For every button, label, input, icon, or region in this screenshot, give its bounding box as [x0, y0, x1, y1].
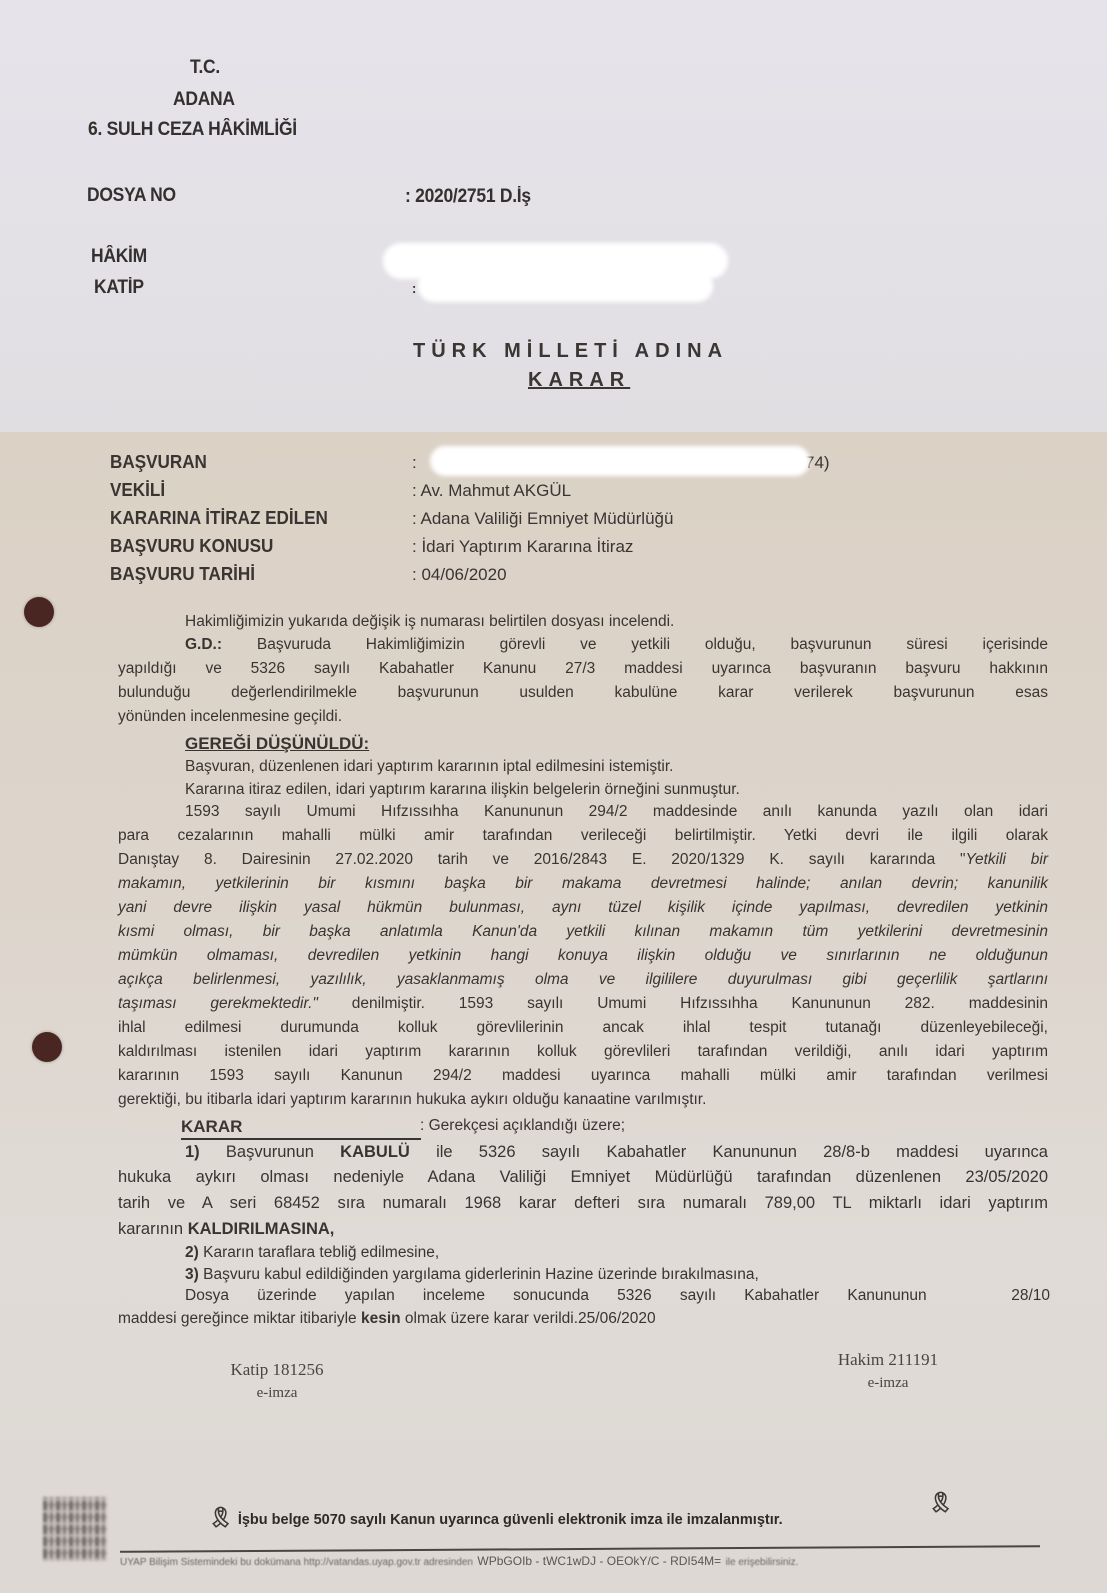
final-text: maddesi gereğince miktar itibariyle — [118, 1310, 357, 1327]
party-value-vekili: : Av. Mahmut AKGÜL — [412, 481, 571, 501]
body-g3-line-7: mümkün olmaması, devredilen yetkinin han… — [118, 945, 1048, 967]
party-value-tarih: : 04/06/2020 — [412, 565, 507, 585]
award-ribbon-icon: 🎗︎ — [928, 1490, 953, 1515]
header-tc: T.C. — [190, 57, 220, 79]
party-label-vekili: VEKİLİ — [110, 480, 165, 501]
title-karar: KARAR — [528, 369, 630, 392]
kaldirilmasina-emphasis: KALDIRILMASINA, — [188, 1220, 335, 1238]
item-number: 3) — [185, 1266, 199, 1283]
final-line-2: maddesi gereğince miktar itibariyle kesi… — [118, 1308, 1048, 1330]
gd-label: G.D.: — [185, 636, 222, 653]
body-g3-line-1: 1593 sayılı Umumi Hıfzıssıhha Kanununun … — [185, 801, 1048, 823]
body-g3-line-12: kararının 1593 sayılı Kanunun 294/2 madd… — [118, 1065, 1048, 1087]
body-g1: Başvuran, düzenlenen idari yaptırım kara… — [185, 756, 1048, 778]
geregi-heading: GEREĞİ DÜŞÜNÜLDÜ: — [185, 733, 1048, 755]
party-label-basvuran: BAŞVURAN — [110, 452, 207, 473]
esign-notice-row: 🎗︎ İşbu belge 5070 sayılı Kanun uyarınca… — [208, 1505, 783, 1530]
body-gd-line-1: G.D.: Başvuruda Hakimliğimizin görevli v… — [185, 634, 1048, 656]
body-gd-line-2: yapıldığı ve 5326 sayılı Kabahatler Kanu… — [118, 658, 1048, 680]
body-g3-line-6: kısmi olması, bir başka anlatımla Kanun'… — [118, 921, 1048, 943]
karar-item-1-line-4: kararının KALDIRILMASINA, — [118, 1218, 1048, 1240]
award-ribbon-icon: 🎗︎ — [208, 1505, 233, 1530]
g3-quote-end: taşıması gerekmektedir." — [118, 995, 318, 1012]
gd-text: Başvuruda Hakimliğimizin görevli ve yetk… — [257, 636, 1048, 653]
dosya-no-label: DOSYA NO — [87, 185, 176, 207]
body-g2: Kararına itiraz edilen, idari yaptırım k… — [185, 779, 1048, 801]
body-g3-line-8: açıkça belirlenmesi, yazılılık, yasaklan… — [118, 969, 1048, 991]
esign-notice: İşbu belge 5070 sayılı Kanun uyarınca gü… — [238, 1512, 783, 1528]
g3-quote-start: Yetkili bir — [966, 851, 1049, 868]
katip-esign: e-imza — [212, 1385, 342, 1402]
header-city: ADANA — [173, 89, 235, 111]
hakim-signature: Hakim 211191 — [818, 1350, 958, 1370]
dosya-no-value: : 2020/2751 D.İş — [405, 186, 531, 208]
hole-punch-lower — [32, 1032, 62, 1062]
item-text: Kararın taraflara tebliğ edilmesine, — [203, 1244, 439, 1261]
body-g3-line-11: kaldırılması istenilen idari yaptırım ka… — [118, 1041, 1048, 1063]
redaction-basvuran — [430, 446, 810, 476]
redaction-katip — [418, 270, 713, 302]
karar-intro: : Gerekçesi açıklandığı üzere; — [420, 1117, 625, 1135]
katip-label: KATİP — [94, 277, 144, 299]
hakim-esign: e-imza — [818, 1375, 958, 1392]
body-g3-line-5: yani devre ilişkin yasal hükmün bulunmas… — [118, 897, 1048, 919]
item-number: 1) — [185, 1143, 200, 1161]
karar-item-3: 3) Başvuru kabul edildiğinden yargılama … — [185, 1264, 1048, 1286]
party-label-konu: BAŞVURU KONUSU — [110, 536, 273, 557]
body-intro: Hakimliğimizin yukarıda değişik iş numar… — [185, 611, 1048, 633]
final-line-1: Dosya üzerinde yapılan inceleme sonucund… — [185, 1285, 1050, 1307]
item-text: Başvuru kabul edildiğinden yargılama gid… — [203, 1266, 759, 1283]
item-number: 2) — [185, 1244, 199, 1261]
item-text: kararının — [118, 1220, 183, 1238]
body-gd-line-4: yönünden incelenmesine geçildi. — [118, 706, 1048, 728]
katip-signature: Katip 181256 — [212, 1360, 342, 1380]
qr-code — [43, 1497, 107, 1561]
kabulu-emphasis: KABULÜ — [340, 1143, 410, 1161]
header-court: 6. SULH CEZA HÂKİMLİĞİ — [88, 119, 297, 141]
verification-row: UYAP Bilişim Sistemindeki bu dokümana ht… — [120, 1552, 798, 1570]
final-date-text: olmak üzere karar verildi.25/06/2020 — [405, 1310, 656, 1327]
hole-punch-upper — [24, 597, 54, 627]
party-label-tarih: BAŞVURU TARİHİ — [110, 564, 255, 585]
karar-item-1-line-2: hukuka aykırı olması nedeniyle Adana Val… — [118, 1166, 1048, 1188]
party-label-itiraz: KARARINA İTİRAZ EDİLEN — [110, 508, 328, 529]
kesin-emphasis: kesin — [361, 1310, 401, 1327]
body-g3-line-10: ihlal edilmesi durumunda kolluk görevlil… — [118, 1017, 1048, 1039]
body-g3-line-9: taşıması gerekmektedir." denilmiştir. 15… — [118, 993, 1048, 1015]
party-value-basvuran: : — [412, 453, 417, 473]
karar-item-2: 2) Kararın taraflara tebliğ edilmesine, — [185, 1242, 1048, 1264]
katip-colon: : — [412, 280, 416, 296]
g3-text: Danıştay 8. Dairesinin 27.02.2020 tarih … — [118, 851, 966, 868]
verify-code: WPbGOIb - tWC1wDJ - OEOkY/C - RDI54M= — [477, 1554, 721, 1568]
item-text: Başvurunun — [226, 1143, 314, 1161]
body-g3-line-13: gerektiği, bu itibarla idari yaptırım ka… — [118, 1089, 1048, 1111]
body-gd-line-3: bulunduğu değerlendirilmekle başvurunun … — [118, 682, 1048, 704]
body-g3-line-2: para cezalarının mahalli mülki amir tara… — [118, 825, 1048, 847]
hakim-label: HÂKİM — [91, 246, 147, 268]
karar-heading: KARAR — [181, 1117, 421, 1140]
paper-top-region — [0, 0, 1107, 432]
verify-suffix: ile erişebilirsiniz. — [726, 1557, 799, 1568]
party-value-konu: : İdari Yaptırım Kararına İtiraz — [412, 537, 633, 557]
body-g3-line-4: makamın, yetkilerinin bir kısmını başka … — [118, 873, 1048, 895]
body-g3-line-3: Danıştay 8. Dairesinin 27.02.2020 tarih … — [118, 849, 1048, 871]
karar-item-1-line-3: tarih ve A seri 68452 sıra numaralı 1968… — [118, 1192, 1048, 1214]
karar-item-1-line-1: 1) Başvurunun KABULÜ ile 5326 sayılı Kab… — [185, 1141, 1048, 1163]
title-nation: TÜRK MİLLETİ ADINA — [413, 340, 728, 363]
g3-text-cont: denilmiştir. 1593 sayılı Umumi Hıfzıssıh… — [318, 995, 1048, 1012]
verify-prefix: UYAP Bilişim Sistemindeki bu dokümana ht… — [120, 1557, 473, 1568]
party-value-itiraz: : Adana Valiliği Emniyet Müdürlüğü — [412, 509, 673, 529]
item-text-cont: ile 5326 sayılı Kabahatler Kanununun 28/… — [436, 1143, 1048, 1161]
